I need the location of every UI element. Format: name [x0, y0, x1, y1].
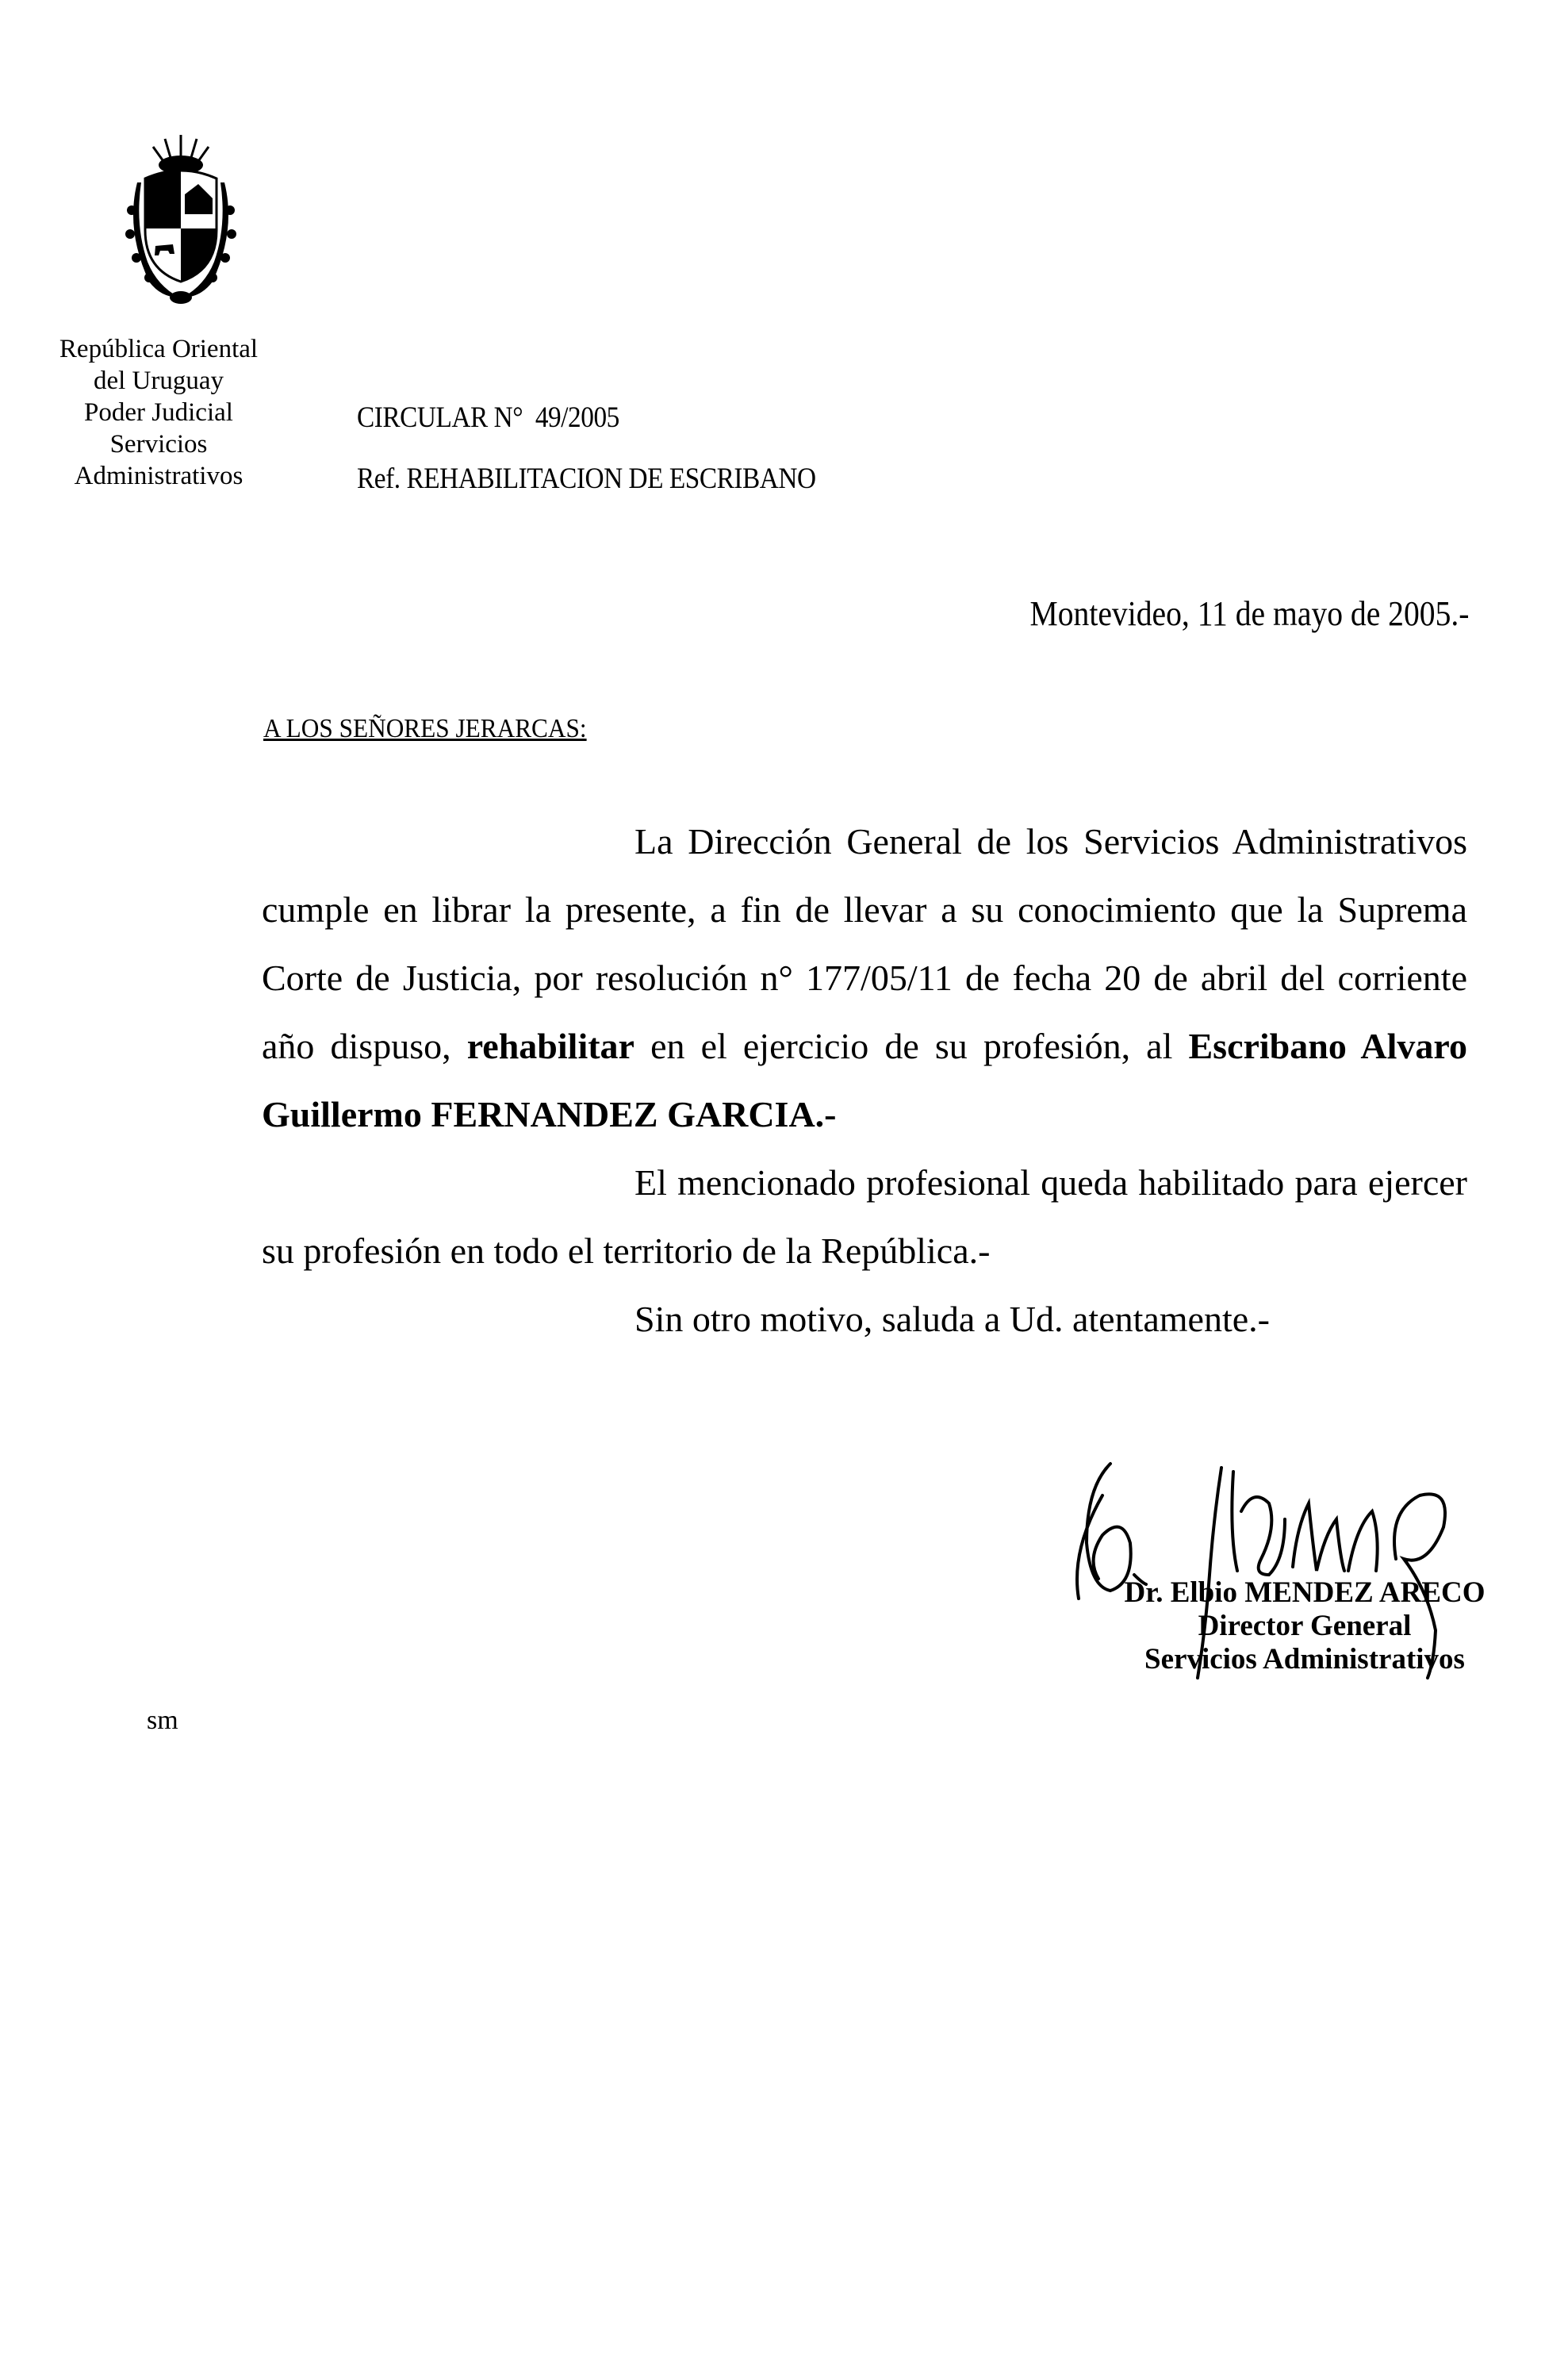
- org-line: Administrativos: [32, 460, 286, 492]
- org-line: República Oriental: [32, 333, 286, 365]
- signatory-department: Servicios Administrativos: [1110, 1643, 1499, 1676]
- salutation: A LOS SEÑORES JERARCAS:: [263, 714, 587, 744]
- organization-block: República Oriental del Uruguay Poder Jud…: [32, 333, 286, 492]
- circular-number: CIRCULAR N° 49/2005: [357, 401, 619, 435]
- org-line: del Uruguay: [32, 365, 286, 397]
- date-line: Montevideo, 11 de mayo de 2005.-: [1029, 593, 1469, 634]
- coat-of-arms-icon: [117, 135, 244, 305]
- signature-block: Dr. Elbio MENDEZ ARECO Director General …: [1055, 1440, 1499, 1686]
- org-line: Servicios: [32, 428, 286, 460]
- body-text: El mencionado profesional queda habilita…: [262, 1149, 1467, 1285]
- body-paragraph-3: Sin otro motivo, saluda a Ud. atentament…: [262, 1285, 1467, 1353]
- closing-text: Sin otro motivo, saluda a Ud. atentament…: [262, 1285, 1467, 1353]
- body-paragraph-1: La Dirección General de los Servicios Ad…: [262, 808, 1467, 1149]
- signatory-name: Dr. Elbio MENDEZ ARECO: [1110, 1576, 1499, 1610]
- body-paragraph-2: El mencionado profesional queda habilita…: [262, 1149, 1467, 1285]
- body-emphasis: rehabilitar: [467, 1026, 634, 1066]
- typist-initials: sm: [147, 1706, 178, 1736]
- reference-line: Ref. REHABILITACION DE ESCRIBANO: [357, 462, 816, 496]
- org-line: Poder Judicial: [32, 397, 286, 428]
- signatory-title: Director General: [1110, 1610, 1499, 1643]
- body-text: en el ejercicio de su profesión, al: [634, 1026, 1189, 1066]
